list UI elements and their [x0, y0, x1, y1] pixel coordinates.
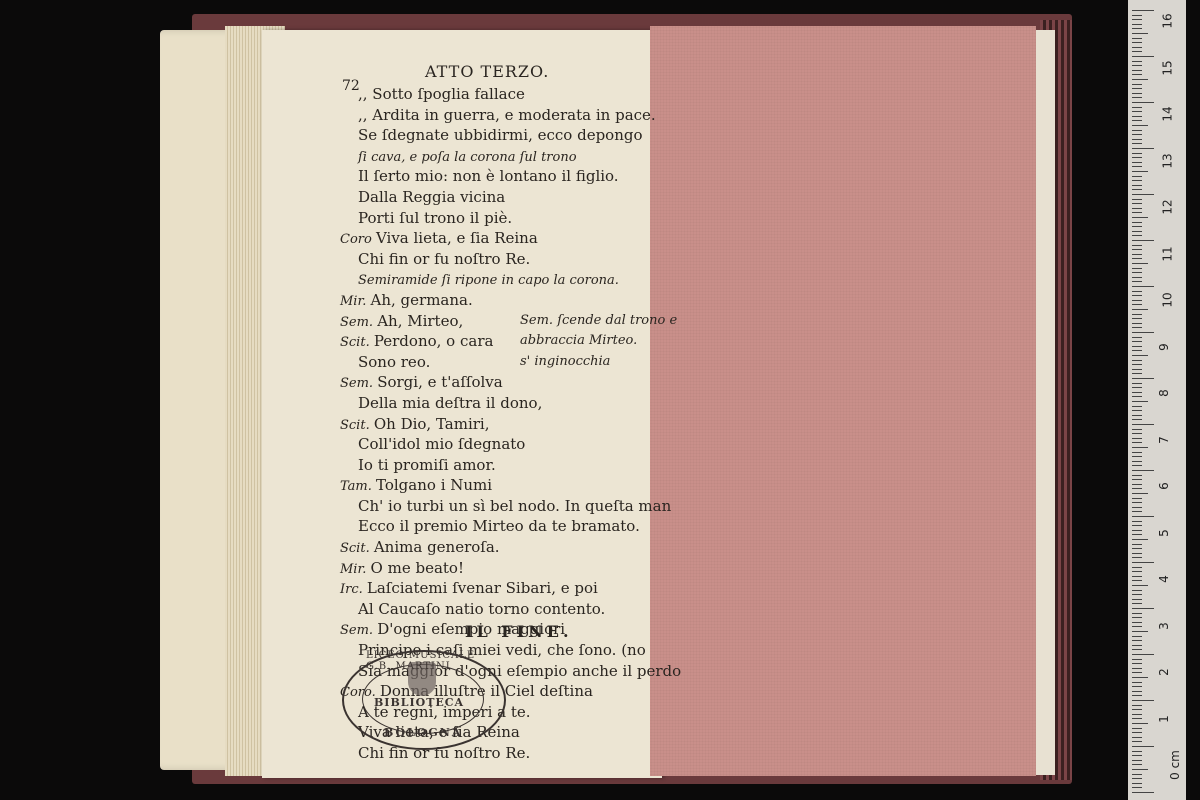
library-stamp: LICEO MUSICALE G.B. MARTINI BIBLIOTECA B…: [342, 650, 506, 750]
ruler-tick: [1132, 332, 1154, 333]
line-text: Laſciatemi ſvenar Sibari, e poi: [367, 579, 598, 597]
ruler-tick: [1132, 392, 1142, 393]
ruler-label: 2: [1157, 668, 1171, 676]
ruler-tick: [1132, 314, 1142, 315]
ruler-tick: [1132, 125, 1148, 126]
ruler-tick: [1132, 10, 1154, 11]
ruler-tick: [1132, 162, 1142, 163]
ruler-label: 4: [1157, 575, 1171, 583]
stage-direction: Sem. ſcende dal trono e: [520, 311, 677, 332]
ruler-tick: [1132, 65, 1142, 66]
ruler-tick: [1132, 682, 1142, 683]
ruler-tick: [1132, 534, 1142, 535]
ruler-tick: [1132, 166, 1142, 167]
text-line: Della mia deſtra il dono,: [340, 393, 660, 414]
ruler-tick: [1132, 677, 1148, 678]
speaker-label: Tam.: [340, 479, 376, 494]
ruler-tick: [1132, 364, 1142, 365]
line-text: Semiramide ſi ripone in capo la corona.: [358, 273, 619, 288]
line-text: ,, Sotto ſpoglia fallace: [358, 85, 525, 103]
ruler-label: 13: [1161, 153, 1175, 168]
ruler-label: 6: [1157, 482, 1171, 490]
ruler-tick: [1132, 222, 1142, 223]
ruler-tick: [1132, 746, 1154, 747]
line-text: Il ſerto mio: non è lontano il figlio.: [358, 167, 619, 185]
ruler-tick: [1132, 709, 1142, 710]
ruler-tick: [1132, 599, 1142, 600]
ruler-tick: [1132, 562, 1154, 563]
ruler-tick: [1132, 769, 1148, 770]
text-line: Coll'idol mio ſdegnato: [340, 434, 660, 455]
ruler-tick: [1132, 429, 1142, 430]
ruler-label: 14: [1161, 106, 1175, 121]
ruler-tick: [1132, 291, 1142, 292]
ruler-tick: [1132, 199, 1142, 200]
ruler-tick: [1132, 787, 1142, 788]
ruler-tick: [1132, 663, 1142, 664]
ruler-tick: [1132, 507, 1142, 508]
ruler-tick: [1132, 254, 1142, 255]
ruler-tick: [1132, 640, 1142, 641]
ruler-tick: [1132, 19, 1142, 20]
the-end: IL FINE.: [465, 622, 573, 641]
ruler-label: 7: [1157, 436, 1171, 444]
ruler-tick: [1132, 718, 1142, 719]
line-text: O me beato!: [371, 559, 464, 577]
ruler-tick: [1132, 116, 1142, 117]
ruler-tick: [1132, 567, 1142, 568]
text-line: Porti ſul trono il piè.: [340, 208, 660, 229]
ruler-tick: [1132, 461, 1142, 462]
ruler-tick: [1132, 396, 1142, 397]
ruler-tick: [1132, 452, 1142, 453]
speaker-label: Sem.: [340, 376, 377, 391]
speaker-label: Sem.: [340, 623, 377, 638]
ruler-tick: [1132, 700, 1154, 701]
ruler-tick: [1132, 576, 1142, 577]
ruler-label: 0 cm: [1168, 750, 1182, 780]
line-text: Porti ſul trono il piè.: [358, 209, 512, 227]
speaker-label: Mir.: [340, 562, 371, 577]
ruler-tick: [1132, 74, 1142, 75]
line-text: Oh Dio, Tamiri,: [374, 415, 490, 433]
ruler-tick: [1132, 686, 1142, 687]
ruler-tick: [1132, 530, 1142, 531]
stamp-bottom-text: BOLOGNA: [384, 726, 462, 739]
line-text: Chi fin or fu noſtro Re.: [358, 250, 530, 268]
ruler-tick: [1132, 373, 1142, 374]
ruler-tick: [1132, 28, 1142, 29]
ruler-tick: [1132, 38, 1142, 39]
text-line: Dalla Reggia vicina: [340, 187, 660, 208]
line-text: Ah, germana.: [371, 291, 473, 309]
ruler-tick: [1132, 88, 1142, 89]
ruler-tick: [1132, 286, 1154, 287]
ruler-tick: [1132, 355, 1148, 356]
ruler-tick: [1132, 695, 1142, 696]
ruler-tick: [1132, 424, 1154, 425]
text-line: Scit. Oh Dio, Tamiri,: [340, 414, 660, 435]
text-line: Tam. Tolgano i Numi: [340, 475, 660, 496]
ruler-tick: [1132, 337, 1142, 338]
ruler-tick: [1132, 102, 1154, 103]
ruler-tick: [1132, 465, 1142, 466]
ruler-tick: [1132, 732, 1142, 733]
ruler-tick: [1132, 203, 1142, 204]
ruler-tick: [1132, 760, 1142, 761]
ruler-tick: [1132, 300, 1142, 301]
ruler-tick: [1132, 120, 1142, 121]
text-line: Mir. O me beato!: [340, 558, 660, 579]
ruler-tick: [1132, 401, 1148, 402]
ruler-tick: [1132, 84, 1142, 85]
ruler-tick: [1132, 245, 1142, 246]
ruler-label: 5: [1157, 529, 1171, 537]
ruler-tick: [1132, 626, 1142, 627]
ruler-tick: [1132, 783, 1142, 784]
ruler-tick: [1132, 617, 1142, 618]
ruler-tick: [1132, 741, 1142, 742]
text-line: Scit. Perdono, o caraabbraccia Mirteo.: [340, 331, 660, 352]
ruler-tick: [1132, 751, 1142, 752]
line-text: Tolgano i Numi: [376, 476, 492, 494]
ruler-tick: [1132, 134, 1142, 135]
ruler-tick: [1132, 281, 1142, 282]
ruler-tick: [1132, 383, 1142, 384]
ruler-tick: [1132, 613, 1142, 614]
line-text: Dalla Reggia vicina: [358, 188, 505, 206]
ruler-tick: [1132, 631, 1148, 632]
ruler-tick: [1132, 493, 1148, 494]
text-line: ,, Sotto ſpoglia fallace: [340, 84, 660, 105]
ruler-tick: [1132, 240, 1154, 241]
text-line: Semiramide ſi ripone in capo la corona.: [340, 269, 660, 290]
line-text: ,, Ardita in guerra, e moderata in pace.: [358, 106, 656, 124]
ruler-tick: [1132, 548, 1142, 549]
ruler-tick: [1132, 277, 1142, 278]
line-text: Anima generoſa.: [374, 538, 500, 556]
speaker-label: Sem.: [340, 315, 377, 330]
ruler-tick: [1132, 263, 1148, 264]
ruler-tick: [1132, 636, 1142, 637]
ruler-tick: [1132, 705, 1142, 706]
ruler-tick: [1132, 479, 1142, 480]
ruler-tick: [1132, 70, 1142, 71]
ruler-tick: [1132, 24, 1142, 25]
ruler-tick: [1132, 645, 1142, 646]
ruler-tick: [1132, 622, 1142, 623]
ruler-tick: [1132, 672, 1142, 673]
ruler-tick: [1132, 194, 1154, 195]
ruler-tick: [1132, 603, 1142, 604]
ruler-tick: [1132, 654, 1154, 655]
ruler-tick: [1132, 217, 1148, 218]
ruler-tick: [1132, 304, 1142, 305]
ruler-label: 12: [1161, 199, 1175, 214]
ruler-tick: [1132, 502, 1142, 503]
pink-endpaper: [650, 26, 1036, 776]
text-line: Sem. Ah, Mirteo,Sem. ſcende dal trono e: [340, 311, 660, 332]
text-line: Chi fin or fu noſtro Re.: [340, 249, 660, 270]
text-line: ,, Ardita in guerra, e moderata in pace.: [340, 105, 660, 126]
text-line: Sono reo.s' inginocchia: [340, 352, 660, 373]
ruler-tick: [1132, 226, 1142, 227]
ruler-tick: [1132, 189, 1142, 190]
text-line: Sem. Sorgi, e t'aſſolva: [340, 372, 660, 393]
ruler-tick: [1132, 714, 1142, 715]
ruler-tick: [1132, 143, 1142, 144]
ruler-tick: [1132, 792, 1154, 793]
ruler-tick: [1132, 157, 1142, 158]
ruler-tick: [1132, 764, 1142, 765]
ruler-tick: [1132, 171, 1148, 172]
text-line: Al Caucaſo natio torno contento.: [340, 599, 660, 620]
ruler-tick: [1132, 511, 1142, 512]
ruler-tick: [1132, 755, 1142, 756]
ruler-tick: [1132, 594, 1142, 595]
line-text: Coll'idol mio ſdegnato: [358, 435, 525, 453]
line-text: Della mia deſtra il dono,: [358, 394, 542, 412]
ruler-tick: [1132, 295, 1142, 296]
ruler-tick: [1132, 516, 1154, 517]
ruler-tick: [1132, 723, 1148, 724]
ruler-tick: [1132, 553, 1142, 554]
ruler-label: 8: [1157, 389, 1171, 397]
ruler-tick: [1132, 47, 1142, 48]
ruler-tick: [1132, 148, 1154, 149]
ruler-tick: [1132, 649, 1142, 650]
ruler-tick: [1132, 585, 1148, 586]
ruler-label: 1: [1157, 715, 1171, 723]
text-line: Mir. Ah, germana.: [340, 290, 660, 311]
ruler-label: 10: [1161, 292, 1175, 307]
ruler-tick: [1132, 309, 1148, 310]
ruler-tick: [1132, 212, 1142, 213]
line-text: Perdono, o cara: [374, 332, 494, 350]
stage-direction: s' inginocchia: [520, 352, 610, 373]
line-text: Al Caucaſo natio torno contento.: [358, 600, 605, 618]
text-line: Io ti promiſi amor.: [340, 455, 660, 476]
act-heading: ATTO TERZO.: [425, 62, 549, 81]
ruler-tick: [1132, 15, 1142, 16]
ruler-tick: [1132, 608, 1154, 609]
line-text: Ah, Mirteo,: [377, 312, 463, 330]
speaker-label: Irc.: [340, 582, 367, 597]
text-line: Se ſdegnate ubbidirmi, ecco depongo: [340, 125, 660, 146]
ruler-tick: [1132, 97, 1142, 98]
ruler-tick: [1132, 139, 1142, 140]
line-text: Viva lieta, e ſia Reina: [376, 229, 538, 247]
ruler-label: 16: [1161, 13, 1175, 28]
ruler-tick: [1132, 130, 1142, 131]
ruler-tick: [1132, 470, 1154, 471]
ruler-tick: [1132, 774, 1142, 775]
ruler-tick: [1132, 56, 1154, 57]
ruler-tick: [1132, 521, 1142, 522]
speaker-label: Coro: [340, 232, 376, 247]
speaker-label: Scit.: [340, 541, 374, 556]
line-text: ſi cava, e poſa la corona ſul trono: [358, 150, 577, 165]
line-text: Se ſdegnate ubbidirmi, ecco depongo: [358, 126, 643, 144]
ruler-tick: [1132, 778, 1142, 779]
ruler-tick: [1132, 442, 1142, 443]
ruler-tick: [1132, 323, 1142, 324]
ruler-tick: [1132, 185, 1142, 186]
ruler-tick: [1132, 327, 1142, 328]
stamp-middle-text: BIBLIOTECA: [374, 696, 464, 709]
ruler-tick: [1132, 488, 1142, 489]
ruler-tick: [1132, 51, 1142, 52]
ruler-tick: [1132, 456, 1142, 457]
ruler-tick: [1132, 33, 1148, 34]
line-text: Sono reo.: [358, 353, 430, 371]
ruler-tick: [1132, 176, 1142, 177]
ruler-tick: [1132, 433, 1142, 434]
ruler-tick: [1132, 231, 1142, 232]
speaker-label: Scit.: [340, 335, 374, 350]
ruler-tick: [1132, 419, 1142, 420]
ruler-tick: [1132, 659, 1142, 660]
line-text: Ecco il premio Mirteo da te bramato.: [358, 517, 640, 535]
ruler-tick: [1132, 249, 1142, 250]
ruler-tick: [1132, 318, 1142, 319]
ruler-tick: [1132, 406, 1142, 407]
ruler-tick: [1132, 415, 1142, 416]
ruler-tick: [1132, 475, 1142, 476]
text-line: Irc. Laſciatemi ſvenar Sibari, e poi: [340, 578, 660, 599]
line-text: Sorgi, e t'aſſolva: [377, 373, 503, 391]
ruler-tick: [1132, 525, 1142, 526]
ruler-tick: [1132, 93, 1142, 94]
ruler-tick: [1132, 79, 1148, 80]
ruler-tick: [1132, 268, 1142, 269]
ruler-label: 3: [1157, 622, 1171, 630]
ruler-tick: [1132, 728, 1142, 729]
ruler-tick: [1132, 180, 1142, 181]
speaker-label: Scit.: [340, 418, 374, 433]
ruler-tick: [1132, 668, 1142, 669]
speaker-label: Mir.: [340, 294, 371, 309]
ruler-tick: [1132, 369, 1142, 370]
ruler-label: 11: [1161, 246, 1175, 261]
text-line: Coro Viva lieta, e ſia Reina: [340, 228, 660, 249]
ruler-tick: [1132, 208, 1142, 209]
ruler-tick: [1132, 350, 1142, 351]
line-text: Io ti promiſi amor.: [358, 456, 496, 474]
ruler-tick: [1132, 498, 1142, 499]
ruler-tick: [1132, 544, 1142, 545]
ruler-tick: [1132, 557, 1142, 558]
ruler-label: 9: [1157, 343, 1171, 351]
ruler-tick: [1132, 571, 1142, 572]
ruler-tick: [1132, 153, 1142, 154]
ruler-tick: [1132, 447, 1148, 448]
ruler-tick: [1132, 272, 1142, 273]
stage-direction: abbraccia Mirteo.: [520, 331, 637, 352]
ruler-tick: [1132, 410, 1142, 411]
stamp-top-text: LICEO MUSICALE G.B. MARTINI: [366, 650, 504, 672]
text-line: Scit. Anima generoſa.: [340, 537, 660, 558]
text-line: ſi cava, e poſa la corona ſul trono: [340, 146, 660, 167]
text-line: Ecco il premio Mirteo da te bramato.: [340, 516, 660, 537]
ruler-tick: [1132, 107, 1142, 108]
ruler-tick: [1132, 691, 1142, 692]
ruler-tick: [1132, 346, 1142, 347]
ruler-tick: [1132, 61, 1142, 62]
ruler-tick: [1132, 539, 1148, 540]
ruler-tick: [1132, 360, 1142, 361]
text-line: Chi fin or fu noſtro Re.: [340, 743, 660, 764]
line-text: Ch' io turbi un sì bel nodo. In queſta m…: [358, 497, 671, 515]
ruler-tick: [1132, 341, 1142, 342]
ruler-tick: [1132, 590, 1142, 591]
ruler-tick: [1132, 378, 1154, 379]
ruler-tick: [1132, 438, 1142, 439]
ruler-tick: [1132, 580, 1142, 581]
text-line: Il ſerto mio: non è lontano il figlio.: [340, 166, 660, 187]
ruler-tick: [1132, 111, 1142, 112]
ruler-tick: [1132, 258, 1142, 259]
ruler-tick: [1132, 737, 1142, 738]
ruler-tick: [1132, 484, 1142, 485]
ruler-tick: [1132, 235, 1142, 236]
ruler-tick: [1132, 42, 1142, 43]
ruler-label: 15: [1161, 60, 1175, 75]
ruler-tick: [1132, 387, 1142, 388]
text-line: Ch' io turbi un sì bel nodo. In queſta m…: [340, 496, 660, 517]
